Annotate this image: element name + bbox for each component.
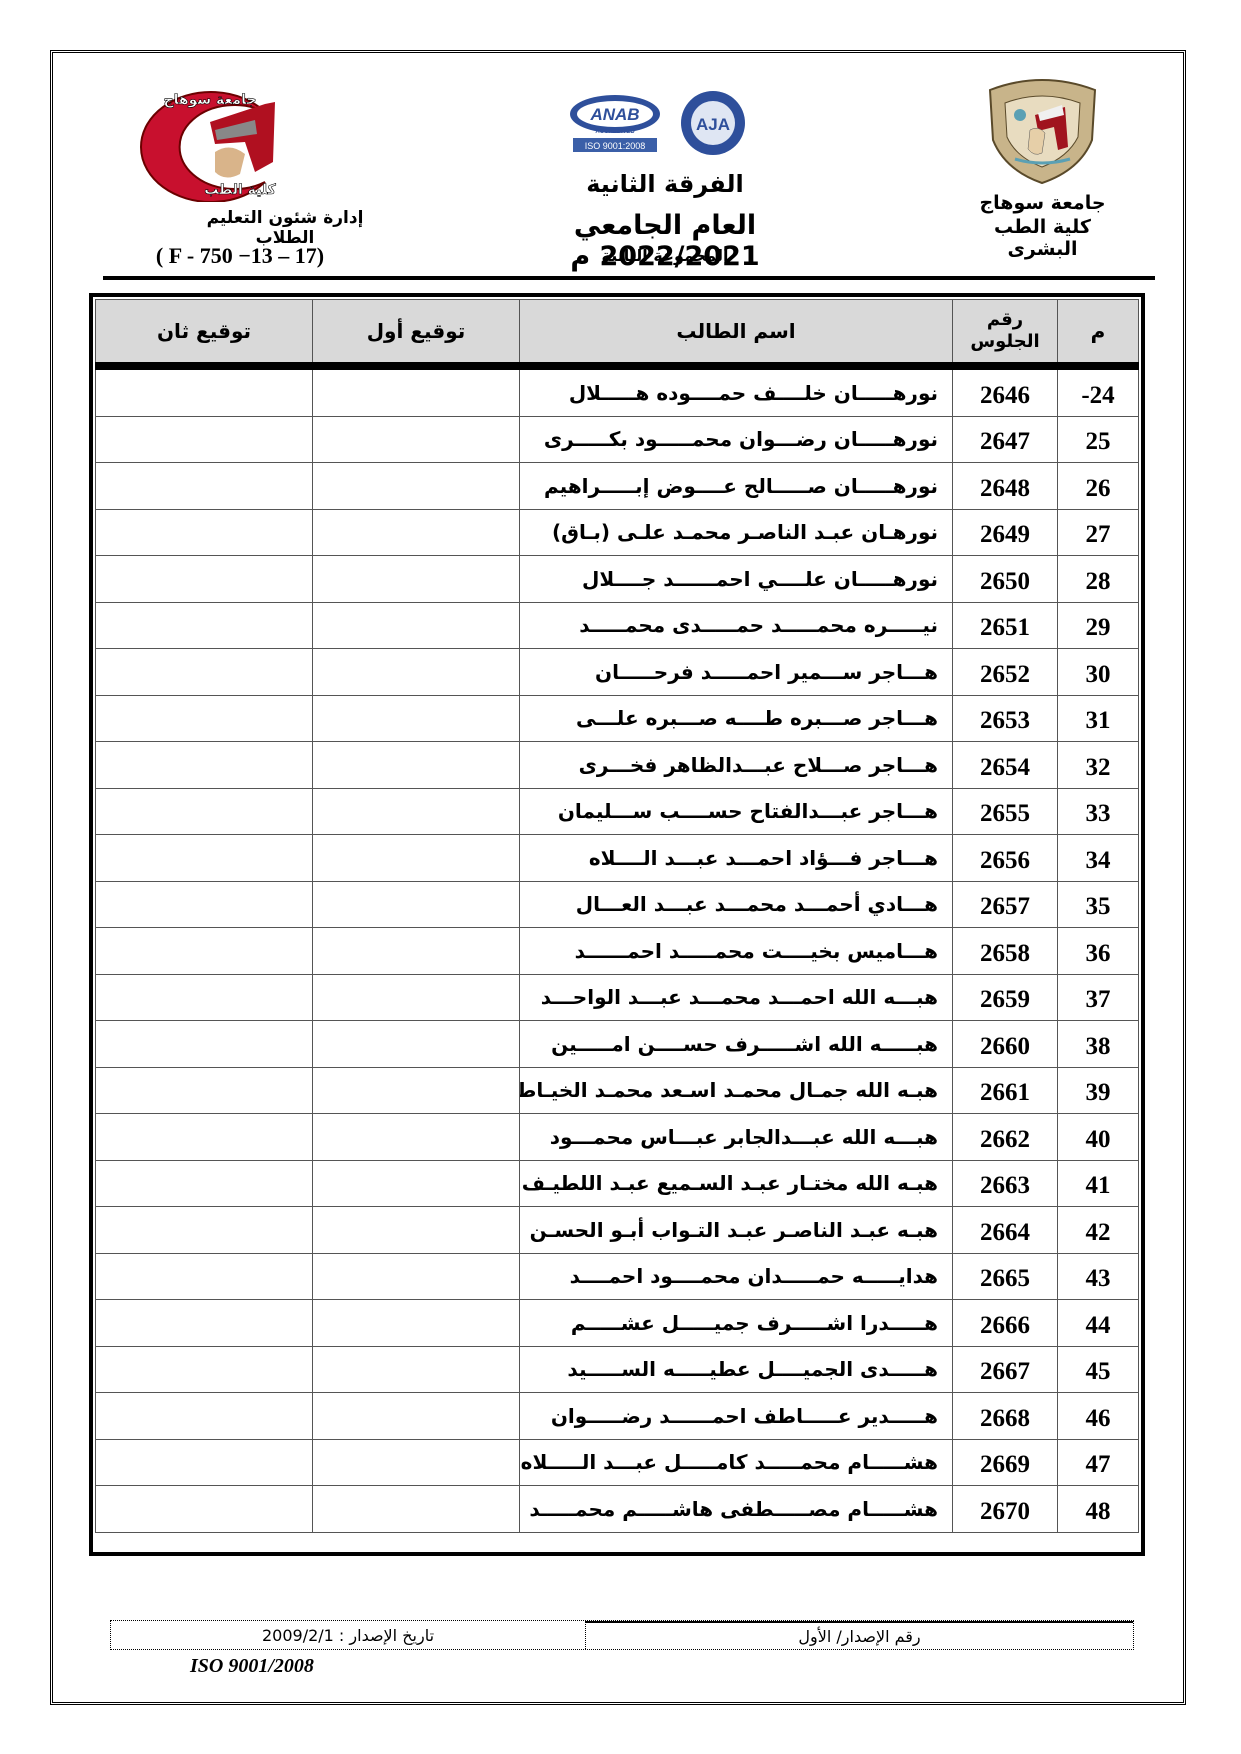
row-number: 36 (1058, 928, 1139, 975)
row-number: 38 (1058, 1021, 1139, 1068)
student-name: هبـه الله جمـال محمـد اسـعد محمـد الخيـا… (520, 1067, 953, 1114)
seat-number: 2654 (953, 742, 1058, 789)
table-row: 452667هـــــدى الجميــــل عطيـــــه السـ… (96, 1346, 1139, 1393)
second-signature-cell[interactable] (96, 649, 313, 696)
table-row: 282650نورهـــــان علــــي احمــــــد جــ… (96, 556, 1139, 603)
row-number: 37 (1058, 974, 1139, 1021)
student-name: هـــاجر صـــبره طــــه صـــبره علـــى (520, 695, 953, 742)
student-name: هدايـــــه حمـــــدان محمــــود احمــــد (520, 1253, 953, 1300)
seat-number: 2653 (953, 695, 1058, 742)
row-number: 28 (1058, 556, 1139, 603)
document-header: جامعة سوهاج كلية الطب إدارة شئون التعليم… (0, 0, 1241, 280)
row-number: 41 (1058, 1160, 1139, 1207)
second-signature-cell[interactable] (96, 463, 313, 510)
second-signature-cell[interactable] (96, 1067, 313, 1114)
seat-number: 2652 (953, 649, 1058, 696)
seat-number: 2662 (953, 1114, 1058, 1161)
row-number: 44 (1058, 1300, 1139, 1347)
second-signature-cell[interactable] (96, 1021, 313, 1068)
seat-number: 2660 (953, 1021, 1058, 1068)
first-signature-cell[interactable] (313, 1207, 520, 1254)
table-row: 442666هـــــدرا اشـــــرف جميـــــل عشــ… (96, 1300, 1139, 1347)
first-signature-cell[interactable] (313, 1253, 520, 1300)
student-name: هـــــدرا اشـــــرف جميـــــل عشـــــم (520, 1300, 953, 1347)
row-number: 39 (1058, 1067, 1139, 1114)
university-name: جامعة سوهاج (960, 192, 1125, 214)
row-number: 33 (1058, 788, 1139, 835)
table-header-row: م رقم الجلوس اسم الطالب توقيع أول توقيع … (96, 300, 1139, 367)
second-signature-cell[interactable] (96, 509, 313, 556)
student-name: هبـــــه الله اشـــــرف حســــن امـــــي… (520, 1021, 953, 1068)
table-row: 362658هـــاميس بخيــــت محمـــــد احمـــ… (96, 928, 1139, 975)
student-name: هبـــه الله عبـــدالجابر عبـــاس محمـــو… (520, 1114, 953, 1161)
first-signature-cell[interactable] (313, 602, 520, 649)
second-signature-cell[interactable] (96, 1253, 313, 1300)
first-signature-cell[interactable] (313, 1160, 520, 1207)
column-header-first-signature: توقيع أول (313, 300, 520, 367)
student-name: هـــــدير عـــــاطف احمــــــد رضـــــوا… (520, 1393, 953, 1440)
table-row: 372659هبـــه الله احمـــد محمـــد عبـــد… (96, 974, 1139, 1021)
row-number: 29 (1058, 602, 1139, 649)
seat-number: 2648 (953, 463, 1058, 510)
year-level-title: الفرقة الثانية (540, 170, 790, 198)
seat-number: 2646 (953, 366, 1058, 416)
student-name: هبـه الله مختـار عبـد السـميع عبـد اللطي… (520, 1160, 953, 1207)
svg-text:ACCREDITED: ACCREDITED (595, 129, 635, 135)
first-signature-cell[interactable] (313, 1114, 520, 1161)
second-signature-cell[interactable] (96, 556, 313, 603)
seat-number: 2664 (953, 1207, 1058, 1254)
seat-number: 2658 (953, 928, 1058, 975)
form-code: ( F - 750 −13 – 17) (130, 243, 350, 269)
table-row: 472669هشـــــام محمـــــد كامـــــل عبــ… (96, 1439, 1139, 1486)
table-row: 462668هـــــدير عـــــاطف احمــــــد رضـ… (96, 1393, 1139, 1440)
student-name: هشـــــام محمـــــد كامـــــل عبـــد الـ… (520, 1439, 953, 1486)
row-number: -24 (1058, 366, 1139, 416)
second-signature-cell[interactable] (96, 1114, 313, 1161)
second-signature-cell[interactable] (96, 602, 313, 649)
table-row: 292651نيـــــره محمـــــد حمـــــدى محمـ… (96, 602, 1139, 649)
student-name: هـــاميس بخيــــت محمـــــد احمــــــد (520, 928, 953, 975)
second-signature-cell[interactable] (96, 1486, 313, 1533)
seat-number: 2665 (953, 1253, 1058, 1300)
seat-number: 2651 (953, 602, 1058, 649)
seat-number: 2663 (953, 1160, 1058, 1207)
student-name: نورهـــــان خلــــف حمــــوده هـــــلال (520, 366, 953, 416)
second-signature-cell[interactable] (96, 928, 313, 975)
first-signature-cell[interactable] (313, 928, 520, 975)
column-header-student-name: اسم الطالب (520, 300, 953, 367)
second-signature-cell[interactable] (96, 742, 313, 789)
second-signature-cell[interactable] (96, 416, 313, 463)
second-signature-cell[interactable] (96, 788, 313, 835)
seat-number: 2667 (953, 1346, 1058, 1393)
student-name: هشـــــام مصـــــطفى هاشـــــم محمـــــد (520, 1486, 953, 1533)
seat-number: 2647 (953, 416, 1058, 463)
seat-number: 2649 (953, 509, 1058, 556)
first-signature-cell[interactable] (313, 416, 520, 463)
second-signature-cell[interactable] (96, 1300, 313, 1347)
row-number: 45 (1058, 1346, 1139, 1393)
seat-number: 2670 (953, 1486, 1058, 1533)
row-number: 34 (1058, 835, 1139, 882)
student-name: هبـه عبـد الناصـر عبـد التـواب أبـو الحس… (520, 1207, 953, 1254)
first-signature-cell[interactable] (313, 881, 520, 928)
student-name: هـــاجر صـــلاح عبـــدالظاهر فخـــرى (520, 742, 953, 789)
table-row: 402662هبـــه الله عبـــدالجابر عبـــاس م… (96, 1114, 1139, 1161)
seat-number: 2650 (953, 556, 1058, 603)
group-title: المجموعة الثانية (560, 246, 770, 265)
accreditation-logos: ANAB ACCREDITED ISO 9001:2008 AJA (565, 90, 755, 160)
first-signature-cell[interactable] (313, 366, 520, 416)
second-signature-cell[interactable] (96, 835, 313, 882)
table-row: 482670هشـــــام مصـــــطفى هاشـــــم محم… (96, 1486, 1139, 1533)
first-signature-cell[interactable] (313, 1300, 520, 1347)
table-row: 432665هدايـــــه حمـــــدان محمــــود اح… (96, 1253, 1139, 1300)
second-signature-cell[interactable] (96, 881, 313, 928)
student-name: هبـــه الله احمـــد محمـــد عبـــد الواح… (520, 974, 953, 1021)
student-name: هـــاجر فـــؤاد احمـــد عبـــد الــــلاه (520, 835, 953, 882)
svg-text:ANAB: ANAB (589, 105, 639, 124)
second-signature-cell[interactable] (96, 1439, 313, 1486)
student-name: هـــــدى الجميــــل عطيـــــه الســـــيد (520, 1346, 953, 1393)
student-name: نيـــــره محمـــــد حمـــــدى محمـــــد (520, 602, 953, 649)
first-signature-cell[interactable] (313, 974, 520, 1021)
table-row: 352657هـــادي أحمـــد محمـــد عبـــد الع… (96, 881, 1139, 928)
row-number: 47 (1058, 1439, 1139, 1486)
first-signature-cell[interactable] (313, 788, 520, 835)
second-signature-cell[interactable] (96, 1393, 313, 1440)
seat-number: 2668 (953, 1393, 1058, 1440)
row-number: 46 (1058, 1393, 1139, 1440)
row-number: 32 (1058, 742, 1139, 789)
seat-number: 2659 (953, 974, 1058, 1021)
seat-number: 2666 (953, 1300, 1058, 1347)
sohag-university-logo (980, 75, 1105, 185)
department-name: إدارة شئون التعليم الطلاب (200, 208, 370, 248)
seat-number: 2655 (953, 788, 1058, 835)
table-row: 322654هـــاجر صـــلاح عبـــدالظاهر فخـــ… (96, 742, 1139, 789)
student-name: نورهـان عبـد الناصـر محمـد علـى (بـاق) (520, 509, 953, 556)
seat-number: 2656 (953, 835, 1058, 882)
row-number: 31 (1058, 695, 1139, 742)
svg-text:جامعة سوهاج: جامعة سوهاج (164, 92, 257, 108)
row-number: 25 (1058, 416, 1139, 463)
second-signature-cell[interactable] (96, 974, 313, 1021)
first-signature-cell[interactable] (313, 1346, 520, 1393)
table-row: -242646نورهـــــان خلــــف حمــــوده هــ… (96, 366, 1139, 416)
anab-logo-icon: ANAB ACCREDITED ISO 9001:2008 (570, 95, 660, 152)
svg-text:ISO 9001:2008: ISO 9001:2008 (585, 141, 646, 151)
issue-number: رقم الإصدار/ الأول (586, 1621, 1133, 1649)
first-signature-cell[interactable] (313, 1067, 520, 1114)
first-signature-cell[interactable] (313, 649, 520, 696)
svg-text:AJA: AJA (696, 115, 730, 134)
faculty-of-medicine-logo: جامعة سوهاج كلية الطب (115, 82, 315, 202)
first-signature-cell[interactable] (313, 1393, 520, 1440)
issue-date: تاريخ الإصدار : 2009/2/1 (111, 1621, 586, 1649)
student-name: هـــاجر ســـمير احمـــــد فرحـــــان (520, 649, 953, 696)
seat-number: 2661 (953, 1067, 1058, 1114)
second-signature-cell[interactable] (96, 1346, 313, 1393)
student-name: هـــادي أحمـــد محمـــد عبـــد العـــال (520, 881, 953, 928)
row-number: 40 (1058, 1114, 1139, 1161)
first-signature-cell[interactable] (313, 695, 520, 742)
faculty-name: كلية الطب البشرى (960, 216, 1125, 260)
svg-text:كلية الطب: كلية الطب (204, 182, 276, 198)
seat-number: 2657 (953, 881, 1058, 928)
table-row: 332655هـــاجر عبـــدالفتاح حســــب ســـل… (96, 788, 1139, 835)
students-table: م رقم الجلوس اسم الطالب توقيع أول توقيع … (95, 299, 1139, 1533)
iso-note: ISO 9001/2008 (190, 1655, 314, 1678)
column-header-second-signature: توقيع ثان (96, 300, 313, 367)
first-signature-cell[interactable] (313, 835, 520, 882)
student-name: نورهـــــان رضـــوان محمـــــود بكـــــر… (520, 416, 953, 463)
row-number: 42 (1058, 1207, 1139, 1254)
first-signature-cell[interactable] (313, 1486, 520, 1533)
student-name: هـــاجر عبـــدالفتاح حســــب ســـليمان (520, 788, 953, 835)
table-row: 382660هبـــــه الله اشـــــرف حســــن ام… (96, 1021, 1139, 1068)
first-signature-cell[interactable] (313, 742, 520, 789)
row-number: 30 (1058, 649, 1139, 696)
first-signature-cell[interactable] (313, 463, 520, 510)
row-number: 43 (1058, 1253, 1139, 1300)
first-signature-cell[interactable] (313, 1021, 520, 1068)
row-number: 26 (1058, 463, 1139, 510)
table-row: 272649نورهـان عبـد الناصـر محمـد علـى (ب… (96, 509, 1139, 556)
second-signature-cell[interactable] (96, 1207, 313, 1254)
document-footer: تاريخ الإصدار : 2009/2/1 رقم الإصدار/ ال… (110, 1620, 1134, 1650)
second-signature-cell[interactable] (96, 1160, 313, 1207)
table-row: 252647نورهـــــان رضـــوان محمـــــود بك… (96, 416, 1139, 463)
seat-number: 2669 (953, 1439, 1058, 1486)
row-number: 35 (1058, 881, 1139, 928)
row-number: 27 (1058, 509, 1139, 556)
table-row: 312653هـــاجر صـــبره طــــه صـــبره علـ… (96, 695, 1139, 742)
column-header-seat-number: رقم الجلوس (953, 300, 1058, 367)
students-table-container: م رقم الجلوس اسم الطالب توقيع أول توقيع … (89, 293, 1145, 1556)
second-signature-cell[interactable] (96, 366, 313, 416)
header-divider (103, 276, 1155, 280)
table-row: 422664هبـه عبـد الناصـر عبـد التـواب أبـ… (96, 1207, 1139, 1254)
student-name: نورهـــــان صـــــالح عــــوض إبـــــراه… (520, 463, 953, 510)
row-number: 48 (1058, 1486, 1139, 1533)
second-signature-cell[interactable] (96, 695, 313, 742)
first-signature-cell[interactable] (313, 509, 520, 556)
aja-logo-icon: AJA (681, 91, 745, 155)
table-row: 412663هبـه الله مختـار عبـد السـميع عبـد… (96, 1160, 1139, 1207)
table-row: 342656هـــاجر فـــؤاد احمـــد عبـــد الـ… (96, 835, 1139, 882)
table-row: 392661هبـه الله جمـال محمـد اسـعد محمـد … (96, 1067, 1139, 1114)
table-row: 302652هـــاجر ســـمير احمـــــد فرحـــــ… (96, 649, 1139, 696)
student-name: نورهـــــان علــــي احمــــــد جــــلال (520, 556, 953, 603)
table-row: 262648نورهـــــان صـــــالح عــــوض إبــ… (96, 463, 1139, 510)
first-signature-cell[interactable] (313, 1439, 520, 1486)
column-header-number: م (1058, 300, 1139, 367)
first-signature-cell[interactable] (313, 556, 520, 603)
